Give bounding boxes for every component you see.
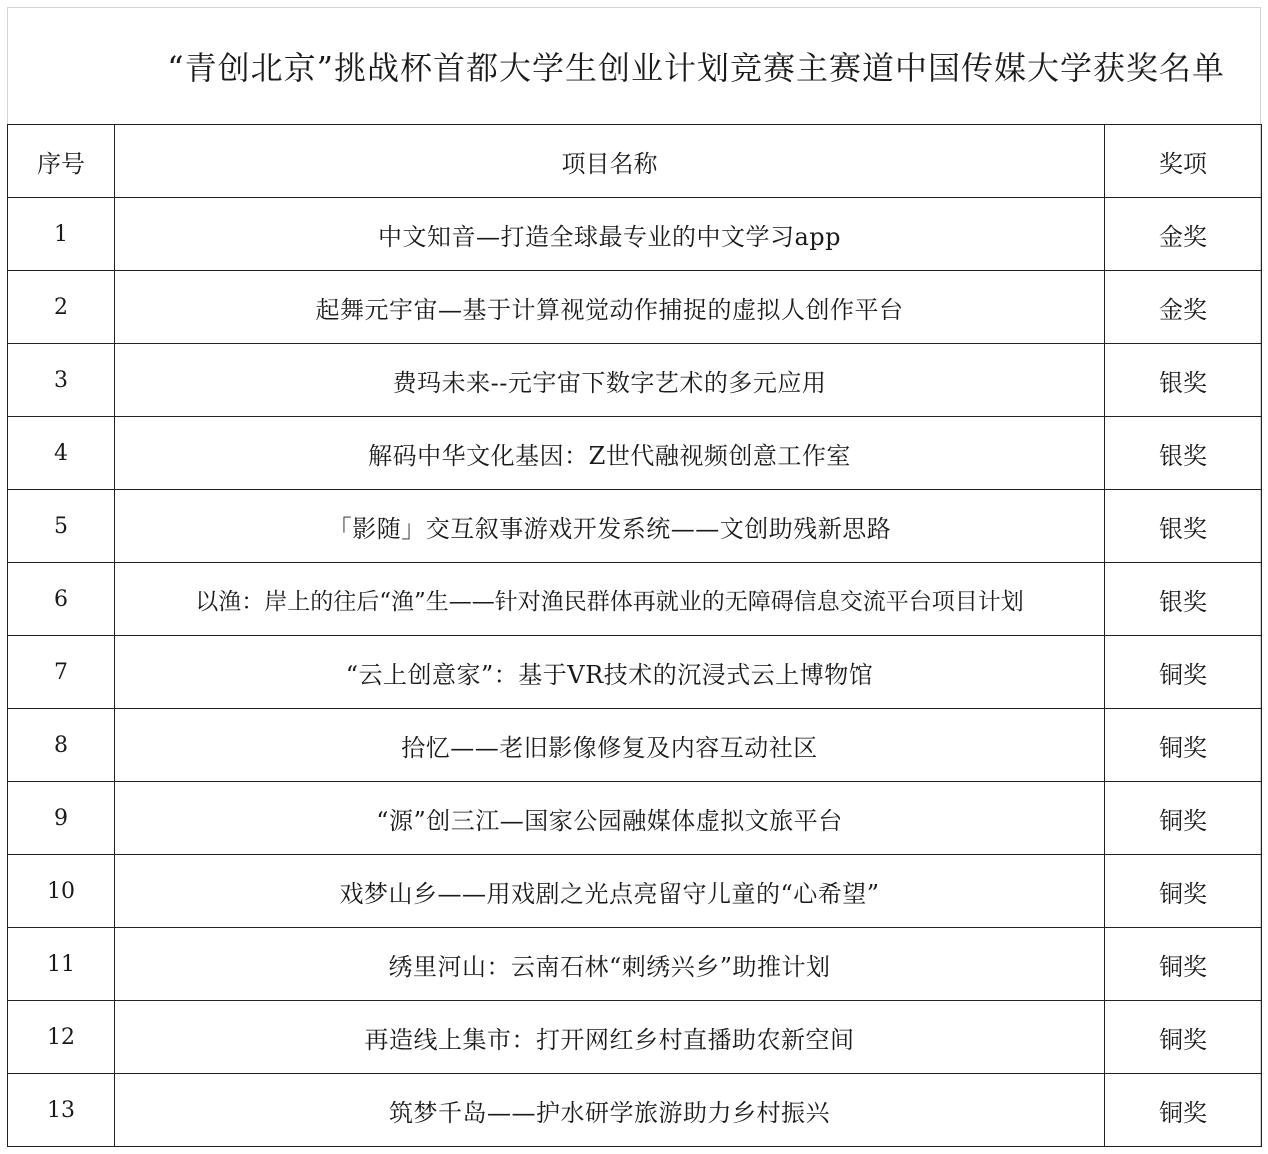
row-project-name: “云上创意家”：基于VR技术的沉浸式云上博物馆: [115, 636, 1105, 709]
row-no: 4: [8, 417, 115, 490]
table-row: 6以渔：岸上的往后“渔”生——针对渔民群体再就业的无障碍信息交流平台项目计划银奖: [8, 563, 1262, 636]
table-row: 3费玛未来--元宇宙下数字艺术的多元应用银奖: [8, 344, 1262, 417]
row-no: 3: [8, 344, 115, 417]
row-project-name: 绣里河山：云南石林“刺绣兴乡”助推计划: [115, 928, 1105, 1001]
row-project-name: 费玛未来--元宇宙下数字艺术的多元应用: [115, 344, 1105, 417]
row-project-name: 戏梦山乡——用戏剧之光点亮留守儿童的“心希望”: [115, 855, 1105, 928]
row-award: 铜奖: [1105, 928, 1262, 1001]
row-no: 8: [8, 709, 115, 782]
page-title: “青创北京”挑战杯首都大学生创业计划竞赛主赛道中国传媒大学获奖名单: [167, 43, 1225, 89]
row-no: 1: [8, 198, 115, 271]
row-project-name: 以渔：岸上的往后“渔”生——针对渔民群体再就业的无障碍信息交流平台项目计划: [115, 563, 1105, 636]
row-no: 7: [8, 636, 115, 709]
row-award: 铜奖: [1105, 1001, 1262, 1074]
row-award: 铜奖: [1105, 636, 1262, 709]
row-award: 铜奖: [1105, 782, 1262, 855]
row-award: 铜奖: [1105, 1074, 1262, 1147]
row-project-name: 「影随」交互叙事游戏开发系统——文创助残新思路: [115, 490, 1105, 563]
row-award: 金奖: [1105, 271, 1262, 344]
row-project-name: 解码中华文化基因：Z世代融视频创意工作室: [115, 417, 1105, 490]
row-award: 银奖: [1105, 344, 1262, 417]
row-no: 9: [8, 782, 115, 855]
awards-table: 序号 项目名称 奖项 1中文知音—打造全球最专业的中文学习app金奖 2起舞元宇…: [7, 124, 1262, 1147]
table-row: 2起舞元宇宙—基于计算视觉动作捕捉的虚拟人创作平台金奖: [8, 271, 1262, 344]
row-award: 金奖: [1105, 198, 1262, 271]
row-no: 11: [8, 928, 115, 1001]
title-area: “青创北京”挑战杯首都大学生创业计划竞赛主赛道中国传媒大学获奖名单: [7, 7, 1261, 125]
table-header-row: 序号 项目名称 奖项: [8, 125, 1262, 198]
row-project-name: 拾忆——老旧影像修复及内容互动社区: [115, 709, 1105, 782]
row-project-name: 起舞元宇宙—基于计算视觉动作捕捉的虚拟人创作平台: [115, 271, 1105, 344]
table-row: 1中文知音—打造全球最专业的中文学习app金奖: [8, 198, 1262, 271]
row-no: 6: [8, 563, 115, 636]
row-project-name: 筑梦千岛——护水研学旅游助力乡村振兴: [115, 1074, 1105, 1147]
header-project-name: 项目名称: [115, 125, 1105, 198]
table-row: 13筑梦千岛——护水研学旅游助力乡村振兴铜奖: [8, 1074, 1262, 1147]
table-row: 5「影随」交互叙事游戏开发系统——文创助残新思路银奖: [8, 490, 1262, 563]
row-award: 银奖: [1105, 563, 1262, 636]
table-row: 10戏梦山乡——用戏剧之光点亮留守儿童的“心希望”铜奖: [8, 855, 1262, 928]
row-project-name: 再造线上集市：打开网红乡村直播助农新空间: [115, 1001, 1105, 1074]
header-no: 序号: [8, 125, 115, 198]
row-award: 铜奖: [1105, 709, 1262, 782]
row-award: 银奖: [1105, 490, 1262, 563]
row-no: 5: [8, 490, 115, 563]
table-row: 4解码中华文化基因：Z世代融视频创意工作室银奖: [8, 417, 1262, 490]
table-row: 11绣里河山：云南石林“刺绣兴乡”助推计划铜奖: [8, 928, 1262, 1001]
row-award: 铜奖: [1105, 855, 1262, 928]
header-award: 奖项: [1105, 125, 1262, 198]
row-project-name: 中文知音—打造全球最专业的中文学习app: [115, 198, 1105, 271]
table-row: 7“云上创意家”：基于VR技术的沉浸式云上博物馆铜奖: [8, 636, 1262, 709]
row-no: 13: [8, 1074, 115, 1147]
row-project-name: “源”创三江—国家公园融媒体虚拟文旅平台: [115, 782, 1105, 855]
table-row: 8拾忆——老旧影像修复及内容互动社区铜奖: [8, 709, 1262, 782]
row-no: 2: [8, 271, 115, 344]
row-no: 12: [8, 1001, 115, 1074]
row-no: 10: [8, 855, 115, 928]
table-row: 12再造线上集市：打开网红乡村直播助农新空间铜奖: [8, 1001, 1262, 1074]
table-row: 9“源”创三江—国家公园融媒体虚拟文旅平台铜奖: [8, 782, 1262, 855]
row-award: 银奖: [1105, 417, 1262, 490]
